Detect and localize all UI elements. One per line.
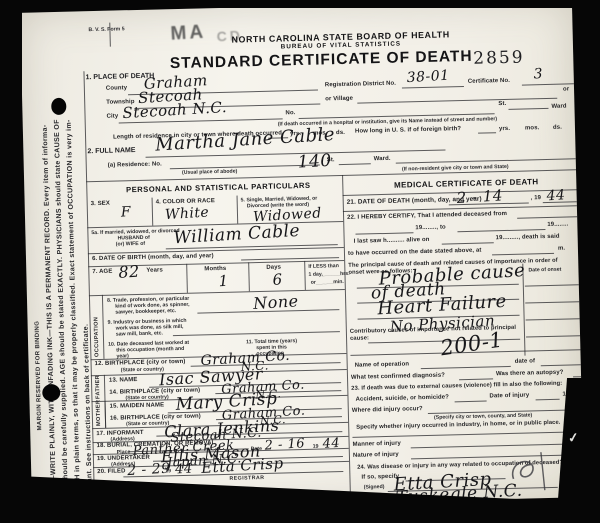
specify-injury-note: Specify whether injury occurred in indus… — [356, 420, 560, 431]
rule — [522, 83, 574, 85]
father-name-label: 13. NAME — [109, 377, 138, 384]
rule — [457, 229, 545, 232]
date-of-onset-label: Date of onset — [528, 267, 561, 274]
father-state-label: (State or country) — [125, 394, 168, 401]
rule — [402, 86, 464, 89]
handwritten-140: 140 — [297, 151, 332, 173]
rule — [536, 399, 560, 401]
lastsaw-label-1: I last saw h.......... alive on — [354, 237, 430, 245]
rule — [459, 378, 493, 380]
autopsy-label: Was there an autopsy? — [496, 370, 564, 378]
ifless-label-3: or______min. — [311, 279, 344, 286]
registration-district-value: 38-01 — [406, 68, 450, 87]
certify-label-1: 22. I HEREBY CERTIFY, That I attended de… — [347, 211, 507, 221]
city-no-label: No. — [285, 110, 295, 116]
mos2-label: mos. — [525, 125, 540, 131]
pen-scribble — [507, 450, 554, 493]
checkmark: ✓ — [567, 429, 580, 446]
ifless-label-2: 1 day,______hrs. — [308, 271, 349, 278]
rule — [442, 242, 494, 244]
abode-note: (Usual place of abode) — [182, 169, 237, 176]
accident-label: Accident, suicide, or homicide? — [355, 394, 449, 402]
filed-label: 20. FILED — [97, 468, 125, 475]
mother-vertical-label: MOTHER — [95, 400, 102, 426]
form-number: B. V. S. Form 5 — [88, 26, 124, 33]
lastsaw-label-2: 19........., death is said — [496, 234, 560, 242]
occurred-label: to have occurred on the date stated abov… — [348, 248, 482, 257]
rule — [237, 196, 239, 224]
trade-label-3: sawyer, bookkeeper, etc. — [115, 308, 176, 315]
rule — [186, 264, 188, 293]
ds-label: ds. — [336, 130, 345, 136]
color-value: White — [165, 204, 210, 223]
injury-date-label: Date of injury — [489, 392, 529, 399]
external-causes-label: 23. If death was due to external causes … — [351, 381, 562, 392]
lastwork-label-3: year) — [116, 353, 129, 359]
burial-year-value: 44 — [322, 436, 340, 452]
ward-label: Ward — [551, 103, 566, 109]
fullname-label: 2. FULL NAME — [87, 147, 135, 155]
rule — [355, 232, 413, 234]
residence-label: (a) Residence: No. — [108, 161, 162, 168]
burial-year-pre: 19 — [313, 444, 319, 450]
certificate-title: STANDARD CERTIFICATE OF DEATH — [131, 47, 511, 74]
personal-section-header: PERSONAL AND STATISTICAL PARTICULARS — [99, 180, 337, 195]
registrar-label: REGISTRAR — [229, 475, 264, 482]
birthplace-label: 12. BIRTHPLACE (city or town) — [95, 359, 186, 367]
ds2-label: ds. — [553, 125, 562, 131]
signed-label: (Signed) — [364, 484, 385, 491]
rule — [248, 262, 250, 291]
rule — [339, 163, 371, 165]
rule — [492, 253, 554, 256]
mother-name-label: 15. MAIDEN NAME — [110, 402, 165, 409]
hole-punch-bottom — [42, 384, 60, 401]
rule — [541, 364, 581, 366]
hole-punch-top — [51, 98, 66, 115]
rule — [105, 401, 107, 428]
rule — [396, 158, 576, 163]
operation-label: Name of operation — [355, 361, 410, 368]
rule — [411, 454, 583, 459]
age-months-value: 1 — [218, 272, 229, 291]
yrs2-label: yrs. — [499, 126, 510, 132]
contributory-label-2: cause: — [350, 335, 369, 341]
age-label: 7. AGE — [92, 269, 112, 275]
spouse-label-3: (or) WIFE of — [116, 241, 146, 248]
county-label: County — [106, 85, 127, 92]
age-years-value: 82 — [118, 262, 140, 282]
rule — [352, 431, 582, 438]
test-label: What test confirmed diagnosis? — [351, 373, 445, 381]
operation-date-label: date of — [515, 358, 536, 364]
village-or-label: or — [563, 86, 569, 92]
rule — [525, 301, 579, 303]
certificate-no-value: 3 — [533, 66, 543, 83]
where-injury-label: Where did injury occur? — [352, 406, 423, 414]
rule — [455, 401, 487, 403]
certificate-no-label: Certificate No. — [468, 78, 510, 85]
ifless-label-1: If LESS than — [308, 263, 339, 270]
occurred-m-label: m. — [558, 246, 565, 252]
certificate-serial: 2859 — [473, 48, 525, 69]
years-label: Years — [146, 267, 163, 273]
filed-year-pre: 19 — [165, 468, 171, 474]
rule — [478, 132, 496, 133]
rule — [525, 284, 579, 286]
margin-binding-text: MARGIN RESERVED FOR BINDING — [35, 321, 44, 431]
dob-label: 6. DATE OF BIRTH (month, day, and year) — [92, 253, 214, 262]
scan-black-top — [0, 0, 600, 8]
rule — [517, 216, 577, 218]
where-injury-note: (Specify city or town, county, and State… — [434, 412, 532, 420]
nature-of-injury-label: Nature of injury — [353, 452, 399, 459]
industry-label-3: saw mill, bank, etc. — [116, 330, 163, 337]
rule — [573, 376, 581, 377]
rule — [526, 335, 580, 337]
certificate-sheet: MARGIN RESERVED FOR BINDING N. B.—WRITE … — [20, 0, 584, 511]
manner-of-injury-label: Manner of injury — [353, 441, 401, 448]
father-vertical-label: FATHER — [95, 375, 102, 399]
certify-label-2: 19........, to — [415, 224, 446, 231]
occupation-vertical-label: OCCUPATION — [93, 317, 100, 357]
registration-district-label: Registration District No. — [325, 81, 396, 89]
rule — [411, 443, 583, 448]
rule — [152, 198, 154, 226]
city-label: City — [106, 113, 118, 119]
sex-label: 3. SEX — [91, 201, 110, 207]
age-days-value: 6 — [272, 270, 283, 289]
rule — [304, 261, 306, 290]
st-label: St. — [498, 101, 506, 107]
rule — [508, 108, 548, 110]
certify-label-3: 19........ — [547, 221, 568, 228]
rule — [357, 98, 557, 104]
village-label: or Village — [325, 96, 353, 103]
rule — [173, 331, 340, 336]
foreign-birth-label: How long in U. S. if of foreign birth? — [355, 126, 461, 135]
ward2-label: Ward. — [374, 156, 391, 162]
rule — [526, 318, 580, 320]
rule — [89, 289, 345, 296]
scan-black-left — [0, 0, 22, 523]
rule — [102, 295, 105, 359]
rule — [421, 366, 511, 369]
burial-date-value: 2 - 16 — [264, 436, 305, 453]
sex-value: F — [120, 204, 131, 221]
fullname-value: Martha Jane Cable — [155, 124, 336, 156]
dod-19-label: , 19 — [531, 195, 542, 201]
